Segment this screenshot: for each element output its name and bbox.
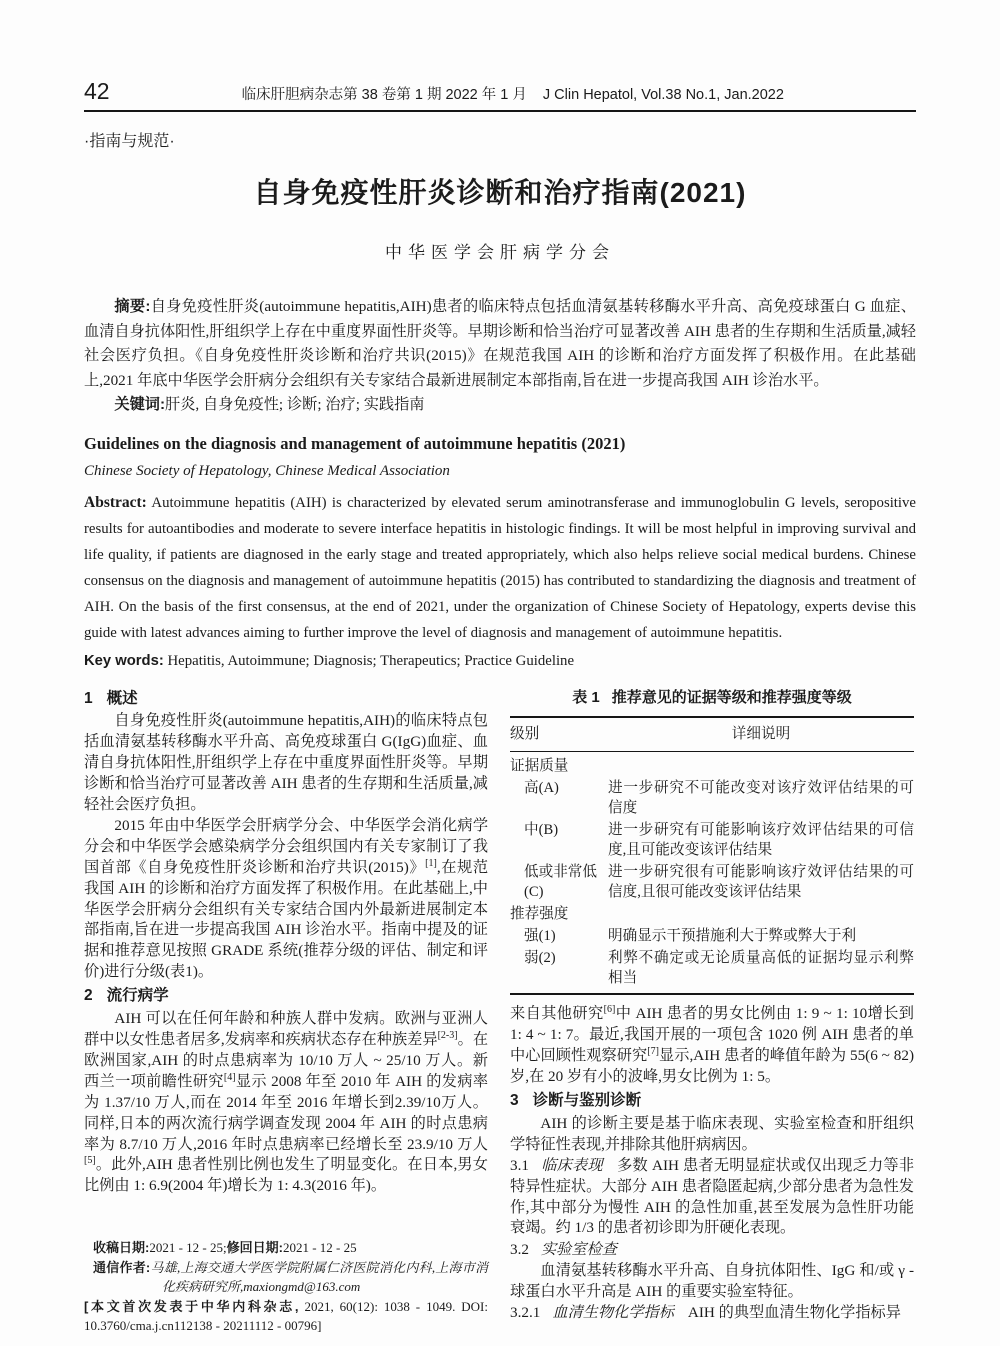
section-1-paragraph-1: 自身免疫性肝炎(autoimmune hepatitis,AIH)的临床特点包括…	[84, 711, 488, 816]
section-1-heading: 1概述	[84, 689, 488, 710]
subsection-3-2-label: 实验室检查	[541, 1241, 617, 1258]
left-column: 1概述 自身免疫性肝炎(autoimmune hepatitis,AIH)的临床…	[84, 686, 488, 1336]
table-row: 推荐强度	[510, 903, 914, 925]
subsection-3-2-paragraph: 血清氨基转移酶水平升高、自身抗体阳性、IgG 和/或 γ - 球蛋白水平升高是 …	[510, 1261, 914, 1303]
column-section-marker: ·指南与规范·	[84, 128, 916, 151]
subsection-3-2-heading: 3.2实验室检查	[510, 1240, 914, 1261]
section-2-paragraph: AIH 可以在任何年龄和种族人群中发病。欧洲与亚洲人群中以女性患者居多,发病率和…	[84, 1009, 488, 1197]
subsection-3-1: 3.1临床表现多数 AIH 患者无明显症状或仅出现乏力等非特异性症状。大部分 A…	[510, 1156, 914, 1240]
table-header-row: 级别 详细说明	[510, 718, 914, 752]
footnote-dates: 收稿日期:2021 - 12 - 25;修回日期:2021 - 12 - 25	[93, 1238, 488, 1258]
citation-7: [7]	[647, 1046, 659, 1057]
article-author-en: Chinese Society of Hepatology, Chinese M…	[84, 463, 916, 480]
table-row: 低或非常低(C)进一步研究很有可能影响该疗效评估结果的可信度,且很可能改变该评估…	[510, 861, 914, 903]
section-1-paragraph-2: 2015 年由中华医学会肝病学分会、中华医学会消化病学分会和中华医学会感染病学分…	[84, 816, 488, 983]
first-publication-cn: [本文首次发表于中华内科杂志,	[84, 1299, 299, 1314]
abstract-cn-text: 自身免疫性肝炎(autoimmune hepatitis,AIH)患者的临床特点…	[84, 298, 916, 389]
subsection-3-1-label: 临床表现	[541, 1157, 603, 1174]
corresponding-author-info: 马雄,上海交通大学医学院附属仁济医院消化内科,上海市消化疾病研究所,maxion…	[150, 1260, 488, 1295]
journal-header-line: 临床肝胆病杂志第 38 卷第 1 期 2022 年 1 月J Clin Hepa…	[110, 87, 916, 103]
citation-2-3: [2-3]	[438, 1030, 458, 1041]
keywords-en: Key words: Hepatitis, Autoimmune; Diagno…	[84, 648, 916, 674]
keywords-en-label: Key words:	[84, 653, 164, 669]
section-3-heading: 3诊断与鉴别诊断	[510, 1091, 914, 1112]
keywords-en-text: Hepatitis, Autoimmune; Diagnosis; Therap…	[167, 653, 574, 669]
keywords-cn: 关键词:肝炎, 自身免疫性; 诊断; 治疗; 实践指南	[84, 393, 916, 418]
page-header: 42 临床肝胆病杂志第 38 卷第 1 期 2022 年 1 月J Clin H…	[84, 0, 916, 112]
corresponding-author-label: 通信作者:	[93, 1260, 150, 1275]
revised-date: 2021 - 12 - 25	[283, 1240, 357, 1255]
received-date: 2021 - 12 - 25;	[149, 1240, 226, 1255]
article-title-en: Guidelines on the diagnosis and manageme…	[84, 434, 916, 454]
section-2-heading: 2流行病学	[84, 986, 488, 1007]
right-column: 表 1推荐意见的证据等级和推荐强度等级 级别 详细说明 证据质量 高(A)进一步…	[510, 686, 914, 1336]
abstract-cn-label: 摘要:	[114, 298, 150, 315]
table-1-caption: 表 1推荐意见的证据等级和推荐强度等级	[510, 688, 914, 709]
article-title-cn: 自身免疫性肝炎诊断和治疗指南(2021)	[84, 171, 916, 211]
body-columns: 1概述 自身免疫性肝炎(autoimmune hepatitis,AIH)的临床…	[84, 686, 916, 1336]
citation-6: [6]	[604, 1004, 616, 1015]
citation-4: [4]	[224, 1072, 236, 1083]
article-author-cn: 中华医学会肝病学分会	[84, 238, 916, 263]
journal-title-en: J Clin Hepatol, Vol.38 No.1, Jan.2022	[543, 87, 784, 103]
page-number: 42	[84, 80, 110, 103]
abstract-cn: 摘要:自身免疫性肝炎(autoimmune hepatitis,AIH)患者的临…	[84, 295, 916, 393]
table-1: 级别 详细说明 证据质量 高(A)进一步研究不可能改变对该疗效评估结果的可信度 …	[510, 716, 914, 995]
subsection-3-2-1-label: 血清生物化学指标	[552, 1304, 674, 1321]
footnote-corresponding-author: 通信作者:马雄,上海交通大学医学院附属仁济医院消化内科,上海市消化疾病研究所,m…	[93, 1258, 488, 1297]
subsection-3-2-1: 3.2.1血清生物化学指标AIH 的典型血清生物化学指标异	[510, 1303, 914, 1324]
section-2-paragraph-continued: 来自其他研究[6]中 AIH 患者的男女比例由 1: 9 ~ 1: 10增长到 …	[510, 1004, 914, 1088]
table-col-description: 详细说明	[608, 724, 914, 744]
received-date-label: 收稿日期:	[93, 1240, 149, 1255]
table-row: 中(B)进一步研究有可能影响该疗效评估结果的可信度,且可能改变该评估结果	[510, 819, 914, 861]
journal-title-cn: 临床肝胆病杂志第 38 卷第 1 期 2022 年 1 月	[242, 87, 527, 103]
abstract-cn-block: 摘要:自身免疫性肝炎(autoimmune hepatitis,AIH)患者的临…	[84, 295, 916, 418]
abstract-en-label: Abstract:	[84, 494, 147, 511]
abstract-en-text: Autoimmune hepatitis (AIH) is characteri…	[84, 495, 916, 641]
table-col-level: 级别	[510, 724, 608, 744]
footnote-first-publication: [本文首次发表于中华内科杂志, 2021, 60(12): 1038 - 104…	[84, 1297, 488, 1336]
journal-page: 42 临床肝胆病杂志第 38 卷第 1 期 2022 年 1 月J Clin H…	[0, 0, 1000, 1346]
table-row: 强(1)明确显示干预措施利大于弊或弊大于利	[510, 925, 914, 947]
abstract-en: Abstract: Autoimmune hepatitis (AIH) is …	[84, 490, 916, 646]
subsection-3-2-1-text: AIH 的典型血清生物化学指标异	[688, 1304, 901, 1321]
revised-date-label: 修回日期:	[227, 1240, 283, 1255]
keywords-cn-label: 关键词:	[114, 396, 165, 413]
table-row: 证据质量	[510, 755, 914, 777]
table-row: 高(A)进一步研究不可能改变对该疗效评估结果的可信度	[510, 777, 914, 819]
citation-5: [5]	[84, 1155, 96, 1166]
table-row: 弱(2)利弊不确定或无论质量高低的证据均显示利弊相当	[510, 947, 914, 989]
footnote-block: 收稿日期:2021 - 12 - 25;修回日期:2021 - 12 - 25 …	[84, 1238, 488, 1336]
keywords-cn-text: 肝炎, 自身免疫性; 诊断; 治疗; 实践指南	[165, 396, 424, 413]
citation-1: [1]	[425, 858, 437, 869]
section-3-paragraph: AIH 的诊断主要是基于临床表现、实验室检查和肝组织学特征性表现,并排除其他肝病…	[510, 1114, 914, 1156]
